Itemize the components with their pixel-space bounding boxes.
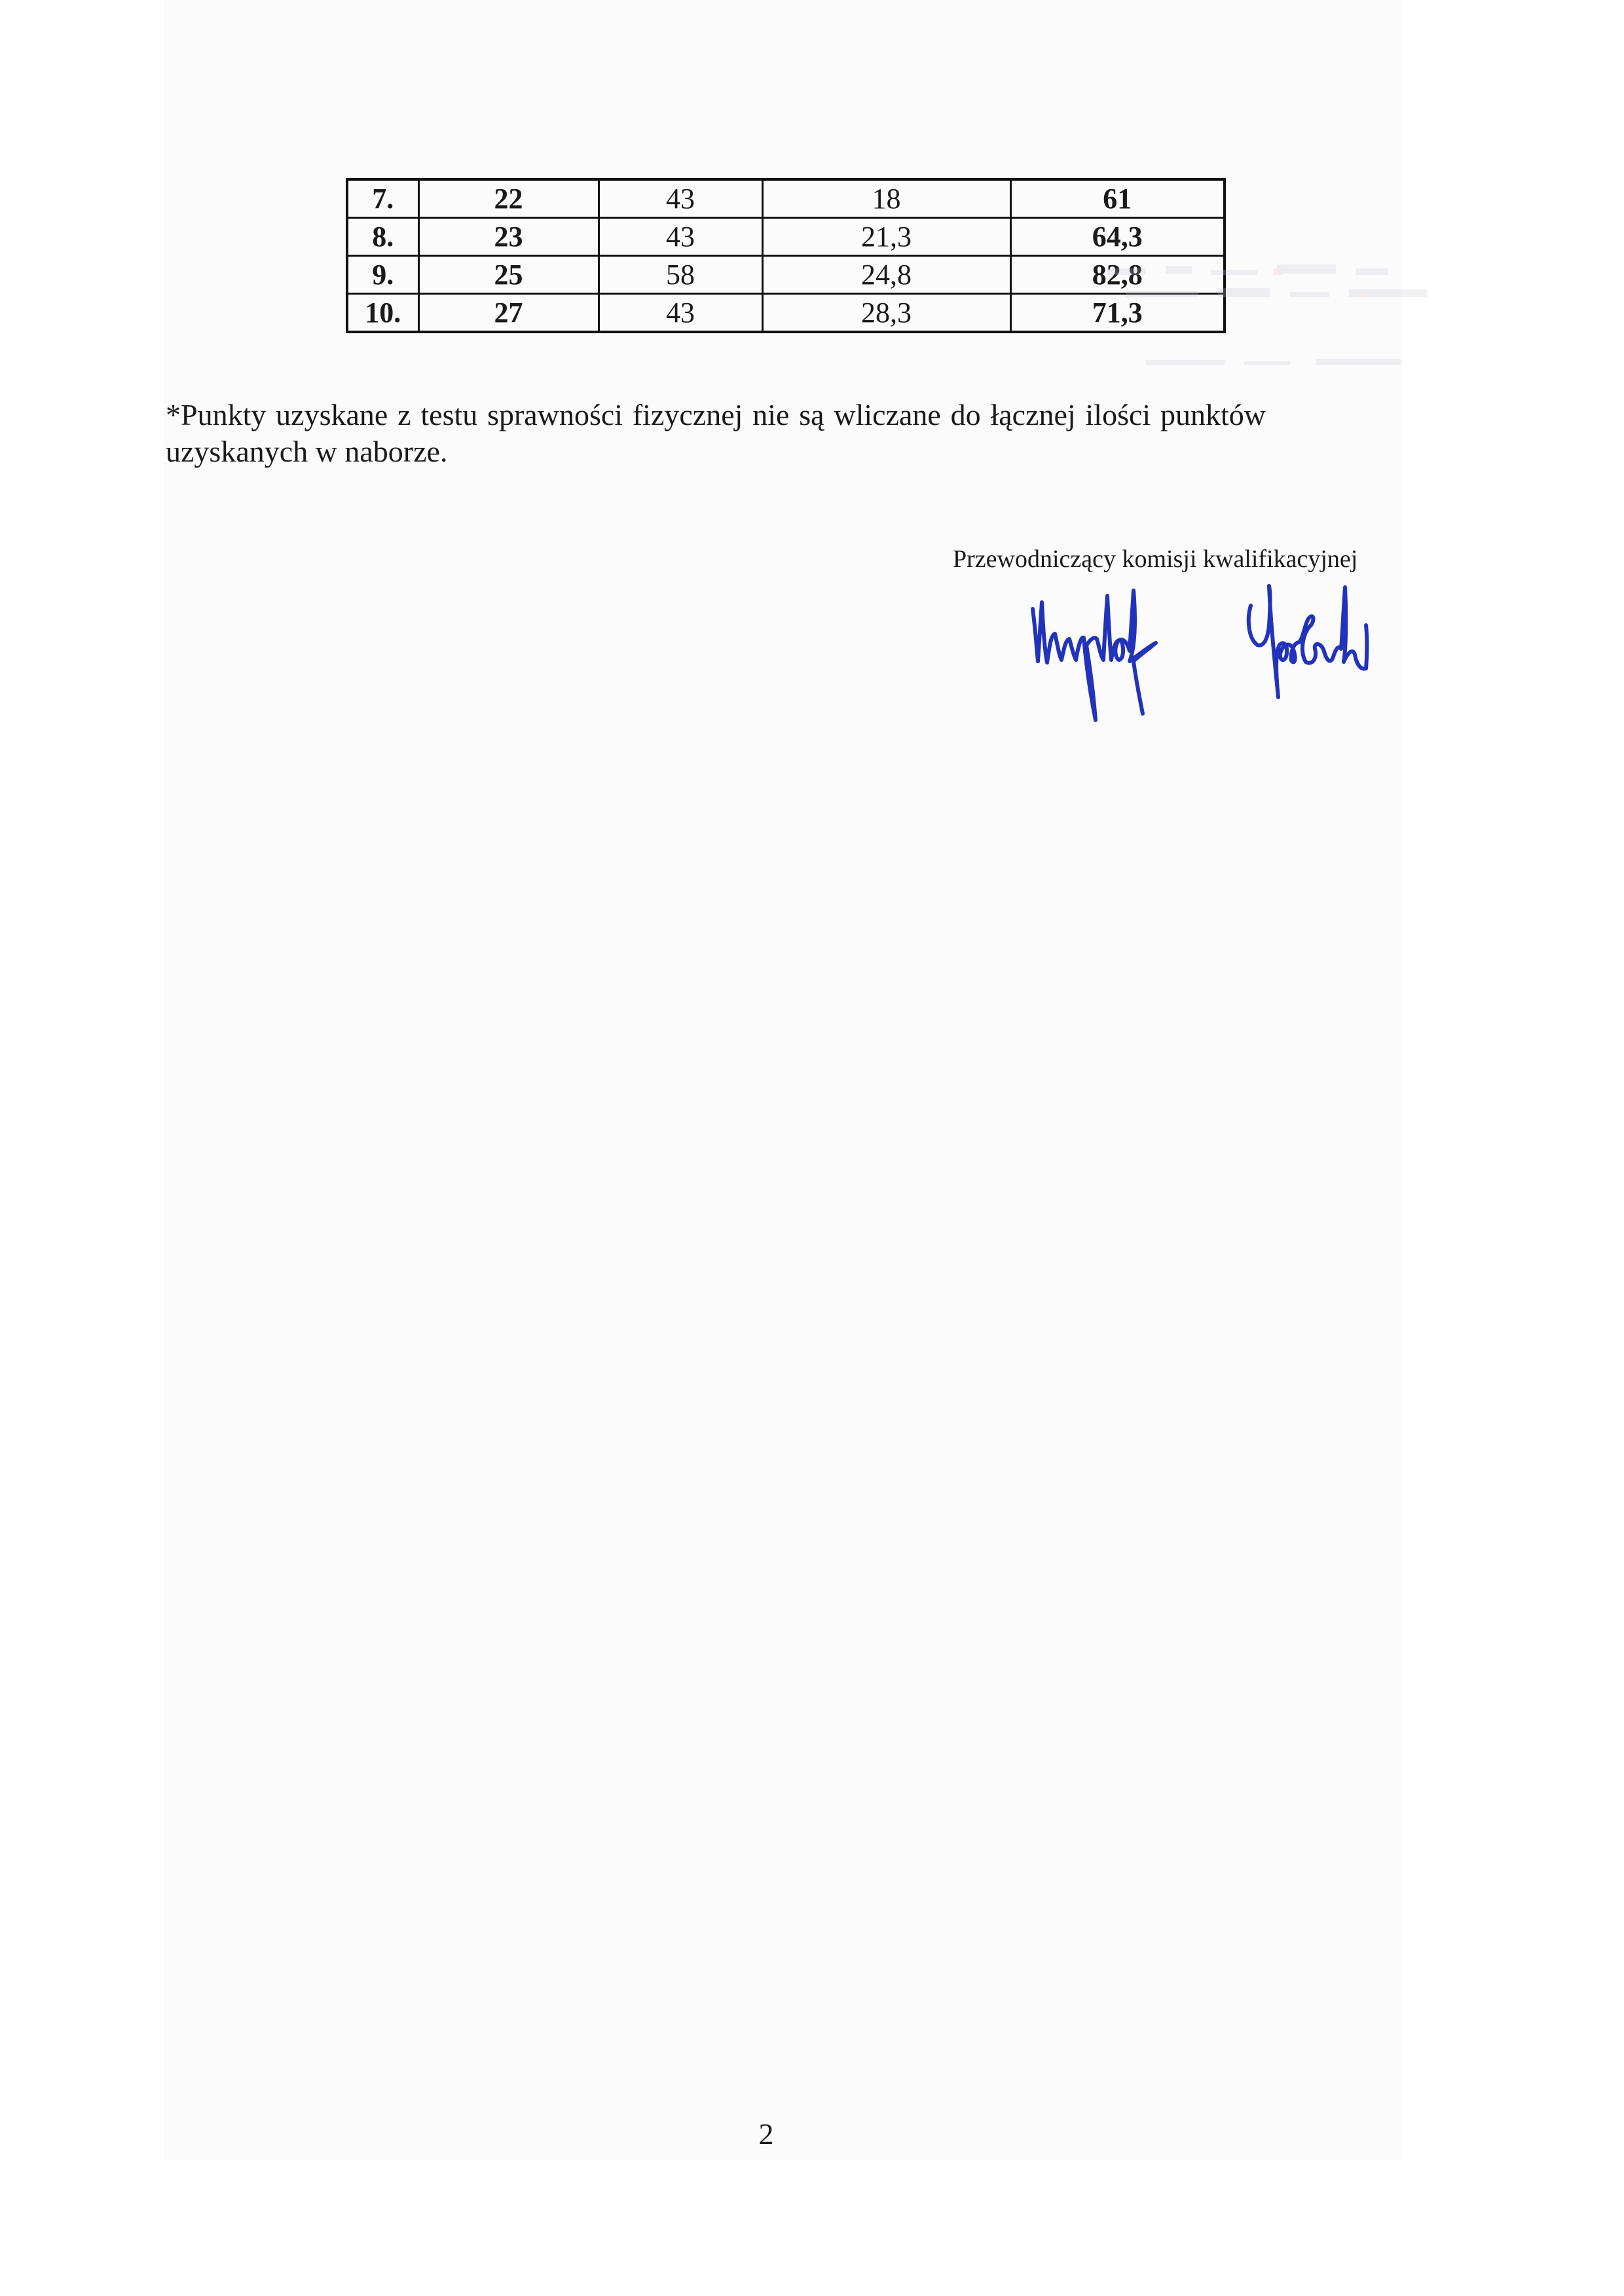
table-row: 9. 25 58 24,8 82,8 xyxy=(347,256,1225,294)
cell-col3: 43 xyxy=(599,179,762,218)
cell-col4: 24,8 xyxy=(762,256,1010,294)
cell-total: 64,3 xyxy=(1010,218,1225,256)
cell-col2: 25 xyxy=(418,256,599,294)
handwritten-signature-icon xyxy=(1231,579,1382,704)
cell-col2: 23 xyxy=(418,218,599,256)
footnote: *Punkty uzyskane z testu sprawności fizy… xyxy=(166,397,1266,470)
table-row: 8. 23 43 21,3 64,3 xyxy=(347,218,1225,256)
stamp-bleed-icon xyxy=(1107,262,1447,380)
score-table: 7. 22 43 18 61 8. 23 43 21,3 64,3 9. 25 … xyxy=(346,178,1226,333)
cell-col4: 21,3 xyxy=(762,218,1010,256)
cell-col3: 43 xyxy=(599,294,762,333)
cell-col4: 18 xyxy=(762,179,1010,218)
cell-col3: 43 xyxy=(599,218,762,256)
table-row: 7. 22 43 18 61 xyxy=(347,179,1225,218)
cell-total: 61 xyxy=(1010,179,1225,218)
cell-lp: 9. xyxy=(347,256,418,294)
cell-lp: 7. xyxy=(347,179,418,218)
cell-col2: 27 xyxy=(418,294,599,333)
page-number: 2 xyxy=(720,2116,812,2153)
cell-lp: 10. xyxy=(347,294,418,333)
handwritten-signature-icon xyxy=(1018,583,1169,727)
cell-col4: 28,3 xyxy=(762,294,1010,333)
table-row: 10. 27 43 28,3 71,3 xyxy=(347,294,1225,333)
chairman-label: Przewodniczący komisji kwalifikacyjnej xyxy=(953,545,1261,574)
cell-col3: 58 xyxy=(599,256,762,294)
cell-lp: 8. xyxy=(347,218,418,256)
cell-col2: 22 xyxy=(418,179,599,218)
